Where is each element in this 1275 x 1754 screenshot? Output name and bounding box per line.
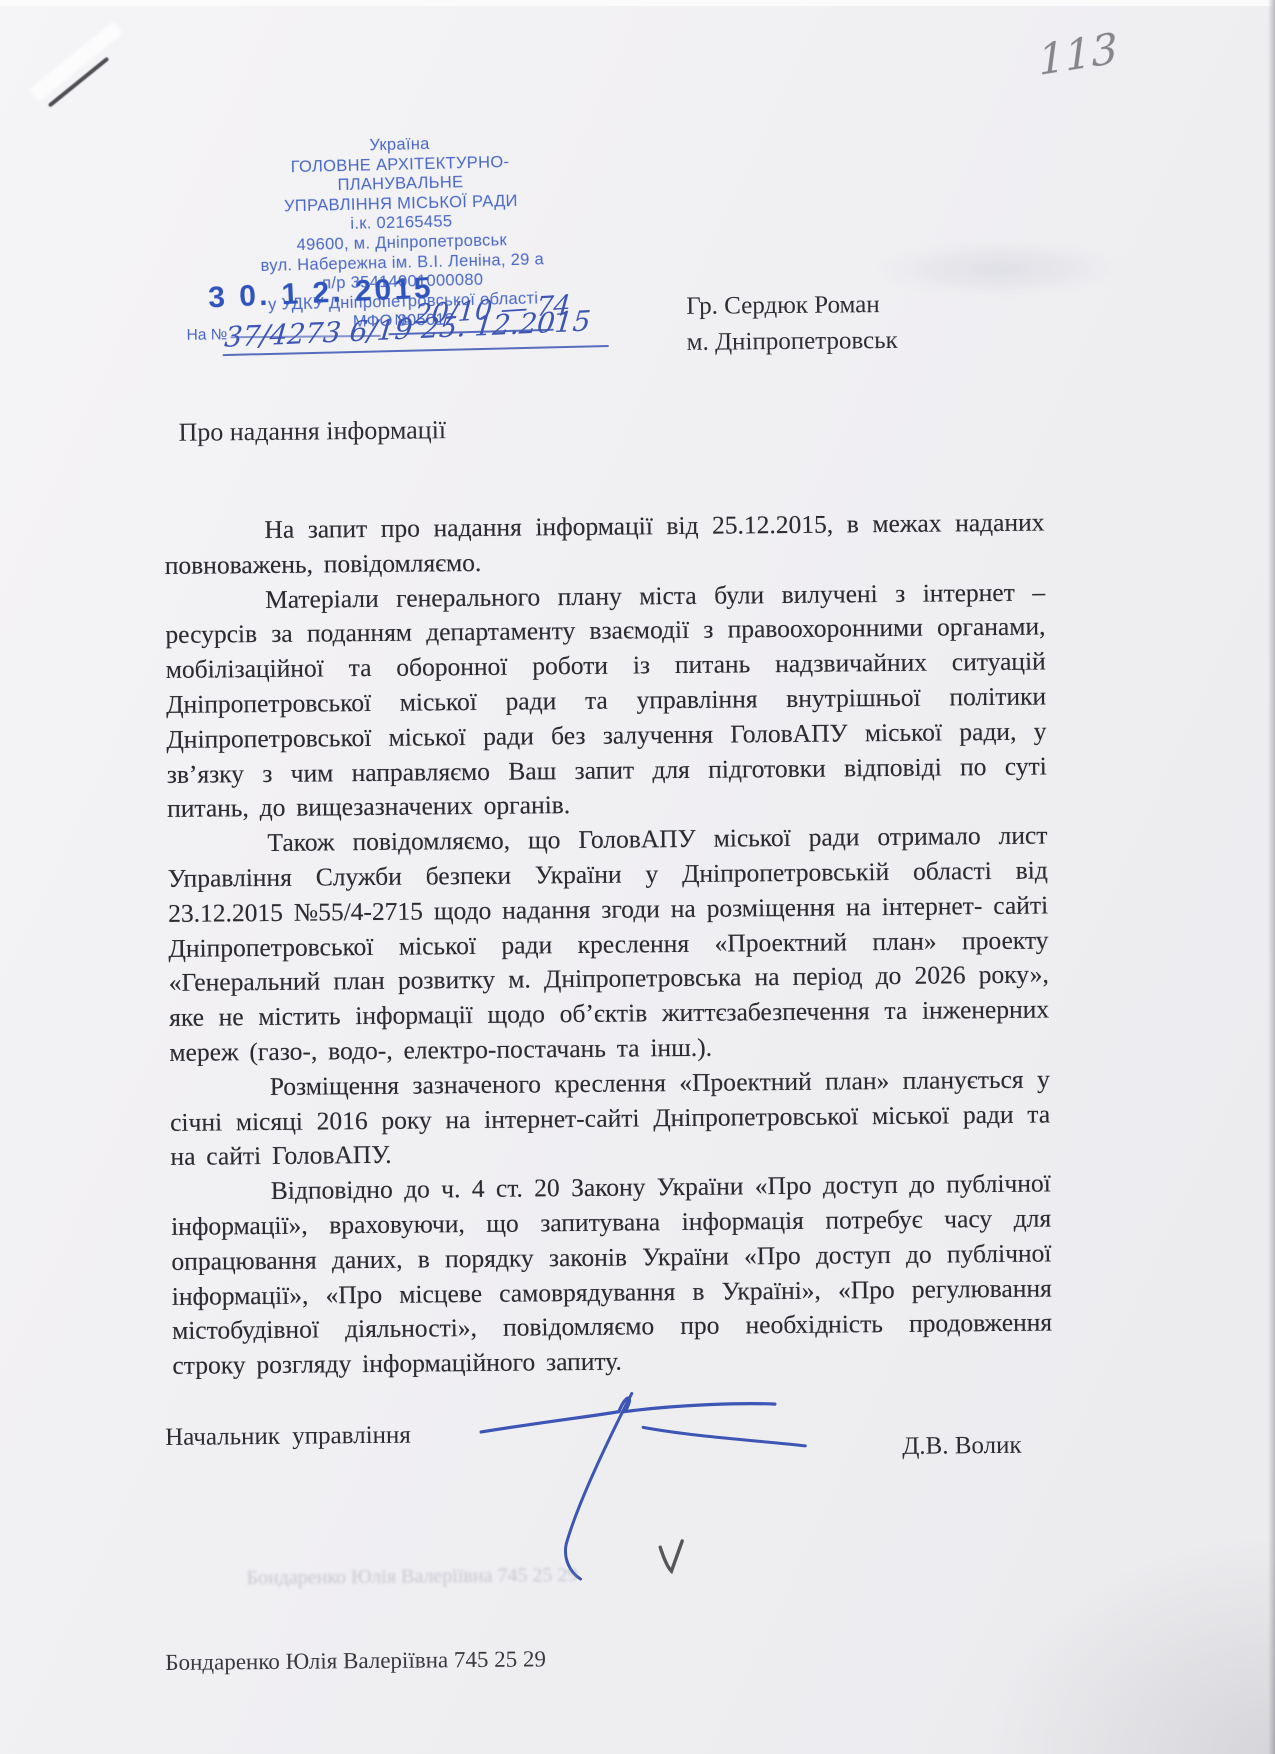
paragraph: Також повідомляємо, що ГоловАПУ міської … bbox=[167, 819, 1049, 1071]
letter-body: На запит про надання інформації від 25.1… bbox=[164, 505, 1052, 1383]
bleedthrough-footer-text: Бондаренко Юлія Валеріївна 745 25 29 bbox=[246, 1564, 577, 1590]
executor-contact: Бондаренко Юлія Валеріївна 745 25 29 bbox=[165, 1646, 546, 1676]
recipient-city: м. Дніпропетровськ bbox=[687, 323, 898, 361]
signer-name: Д.В. Волик bbox=[902, 1432, 1022, 1461]
incoming-number-label: На № bbox=[186, 326, 227, 344]
pencil-checkmark bbox=[660, 1541, 682, 1571]
subject-line: Про надання інформації bbox=[178, 415, 446, 448]
scanned-letter-page: 113 Україна ГОЛОВНЕ АРХІТЕКТУРНО-ПЛАНУВА… bbox=[0, 0, 1275, 1754]
paragraph: Матеріали генерального плану міста були … bbox=[165, 575, 1047, 827]
paragraph: На запит про надання інформації від 25.1… bbox=[164, 505, 1045, 583]
recipient-name: Гр. Сердюк Роман bbox=[686, 287, 897, 325]
recipient-block: Гр. Сердюк Роман м. Дніпропетровськ bbox=[686, 287, 898, 361]
signer-position: Начальник управління bbox=[165, 1422, 411, 1452]
paragraph: Відповідно до ч. 4 ст. 20 Закону України… bbox=[171, 1167, 1053, 1384]
bleedthrough-smudge bbox=[874, 239, 1125, 299]
letter-content: Україна ГОЛОВНЕ АРХІТЕКТУРНО-ПЛАНУВАЛЬНЕ… bbox=[0, 0, 1275, 1754]
paragraph: Розміщення зазначеного креслення «Проект… bbox=[170, 1062, 1051, 1175]
